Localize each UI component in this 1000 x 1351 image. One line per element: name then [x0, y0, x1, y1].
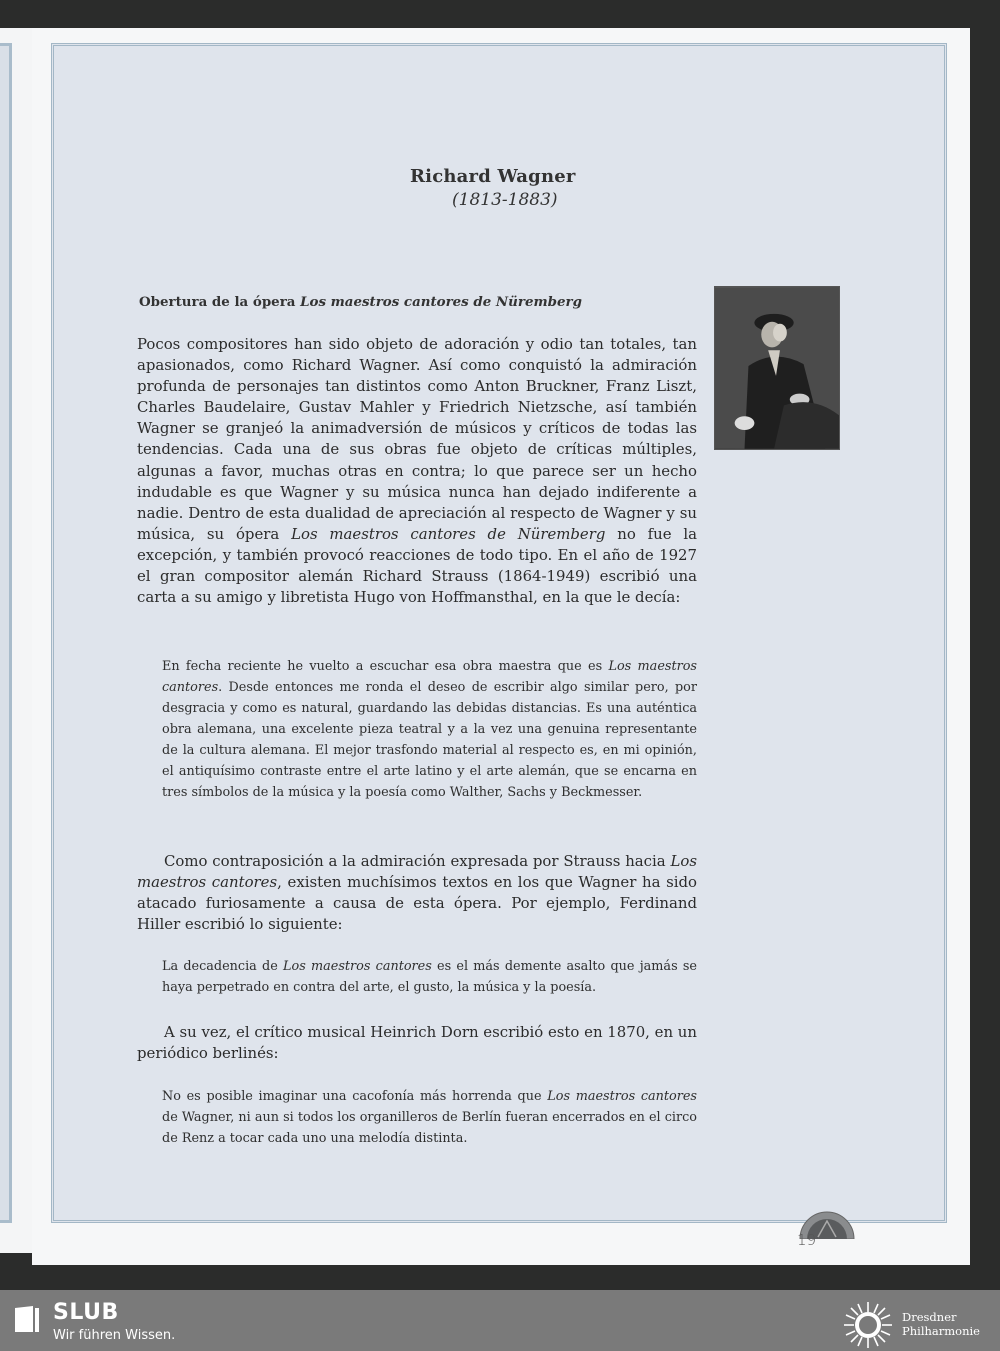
- portrait-photo-icon: [715, 287, 839, 449]
- quote-dorn-work-title: Los maestros cantores: [547, 1089, 697, 1104]
- slub-tagline: Wir führen Wissen.: [53, 1328, 175, 1343]
- work-heading-title: Los maestros cantores de Nüremberg: [300, 294, 582, 310]
- quote-dorn: No es posible imaginar una cacofonía más…: [162, 1086, 697, 1149]
- quote-hiller: La decadencia de Los maestros cantores e…: [162, 956, 697, 998]
- previous-page-panel: [0, 43, 12, 1223]
- quote-hiller-work-title: Los maestros cantores: [283, 959, 432, 974]
- paragraph-dorn-text: A su vez, el crítico musical Heinrich Do…: [137, 1023, 697, 1062]
- quote-dorn-text-a: No es posible imaginar una cacofonía más…: [162, 1089, 547, 1104]
- dp-line-1: Dresdner: [902, 1310, 957, 1324]
- paragraph-dorn: A su vez, el crítico musical Heinrich Do…: [137, 1022, 697, 1064]
- slub-brand[interactable]: SLUB: [53, 1300, 119, 1325]
- footer-bar: SLUB Wir führen Wissen. DresdnerPhilharm…: [0, 1290, 1000, 1351]
- book-icon: [13, 1304, 41, 1334]
- dp-line-2: Philharmonie: [902, 1324, 980, 1338]
- quote-dorn-text-b: de Wagner, ni aun si todos los organille…: [162, 1110, 697, 1146]
- dresdner-philharmonie-brand[interactable]: DresdnerPhilharmonie: [902, 1310, 980, 1338]
- work-heading: Obertura de la ópera Los maestros cantor…: [139, 294, 582, 310]
- wagner-portrait: [714, 286, 840, 450]
- quote-strauss: En fecha reciente he vuelto a escuchar e…: [162, 656, 697, 803]
- paragraph-intro: Pocos compositores han sido objeto de ad…: [137, 334, 697, 608]
- quote-hiller-text-a: La decadencia de: [162, 959, 283, 974]
- paragraph-contraposition-text-a: Como contraposición a la admiración expr…: [164, 852, 671, 870]
- composer-dates: (1813-1883): [452, 190, 558, 210]
- composer-name: Richard Wagner: [410, 166, 576, 187]
- work-heading-prefix: Obertura de la ópera: [139, 294, 300, 310]
- previous-page-edge: [0, 28, 33, 1253]
- sunburst-icon: [842, 1300, 894, 1350]
- paragraph-intro-work-title: Los maestros cantores de Nüremberg: [291, 525, 605, 543]
- document-page: Richard Wagner (1813-1883) Obertura de l…: [32, 28, 970, 1265]
- paragraph-contraposition: Como contraposición a la admiración expr…: [137, 851, 697, 935]
- quote-strauss-text-b: . Desde entonces me ronda el deseo de es…: [162, 680, 697, 800]
- quote-strauss-text-a: En fecha reciente he vuelto a escuchar e…: [162, 659, 608, 674]
- page-number: 19: [797, 1231, 816, 1249]
- paragraph-intro-text-a: Pocos compositores han sido objeto de ad…: [137, 335, 697, 543]
- content-panel: Richard Wagner (1813-1883) Obertura de l…: [51, 43, 947, 1223]
